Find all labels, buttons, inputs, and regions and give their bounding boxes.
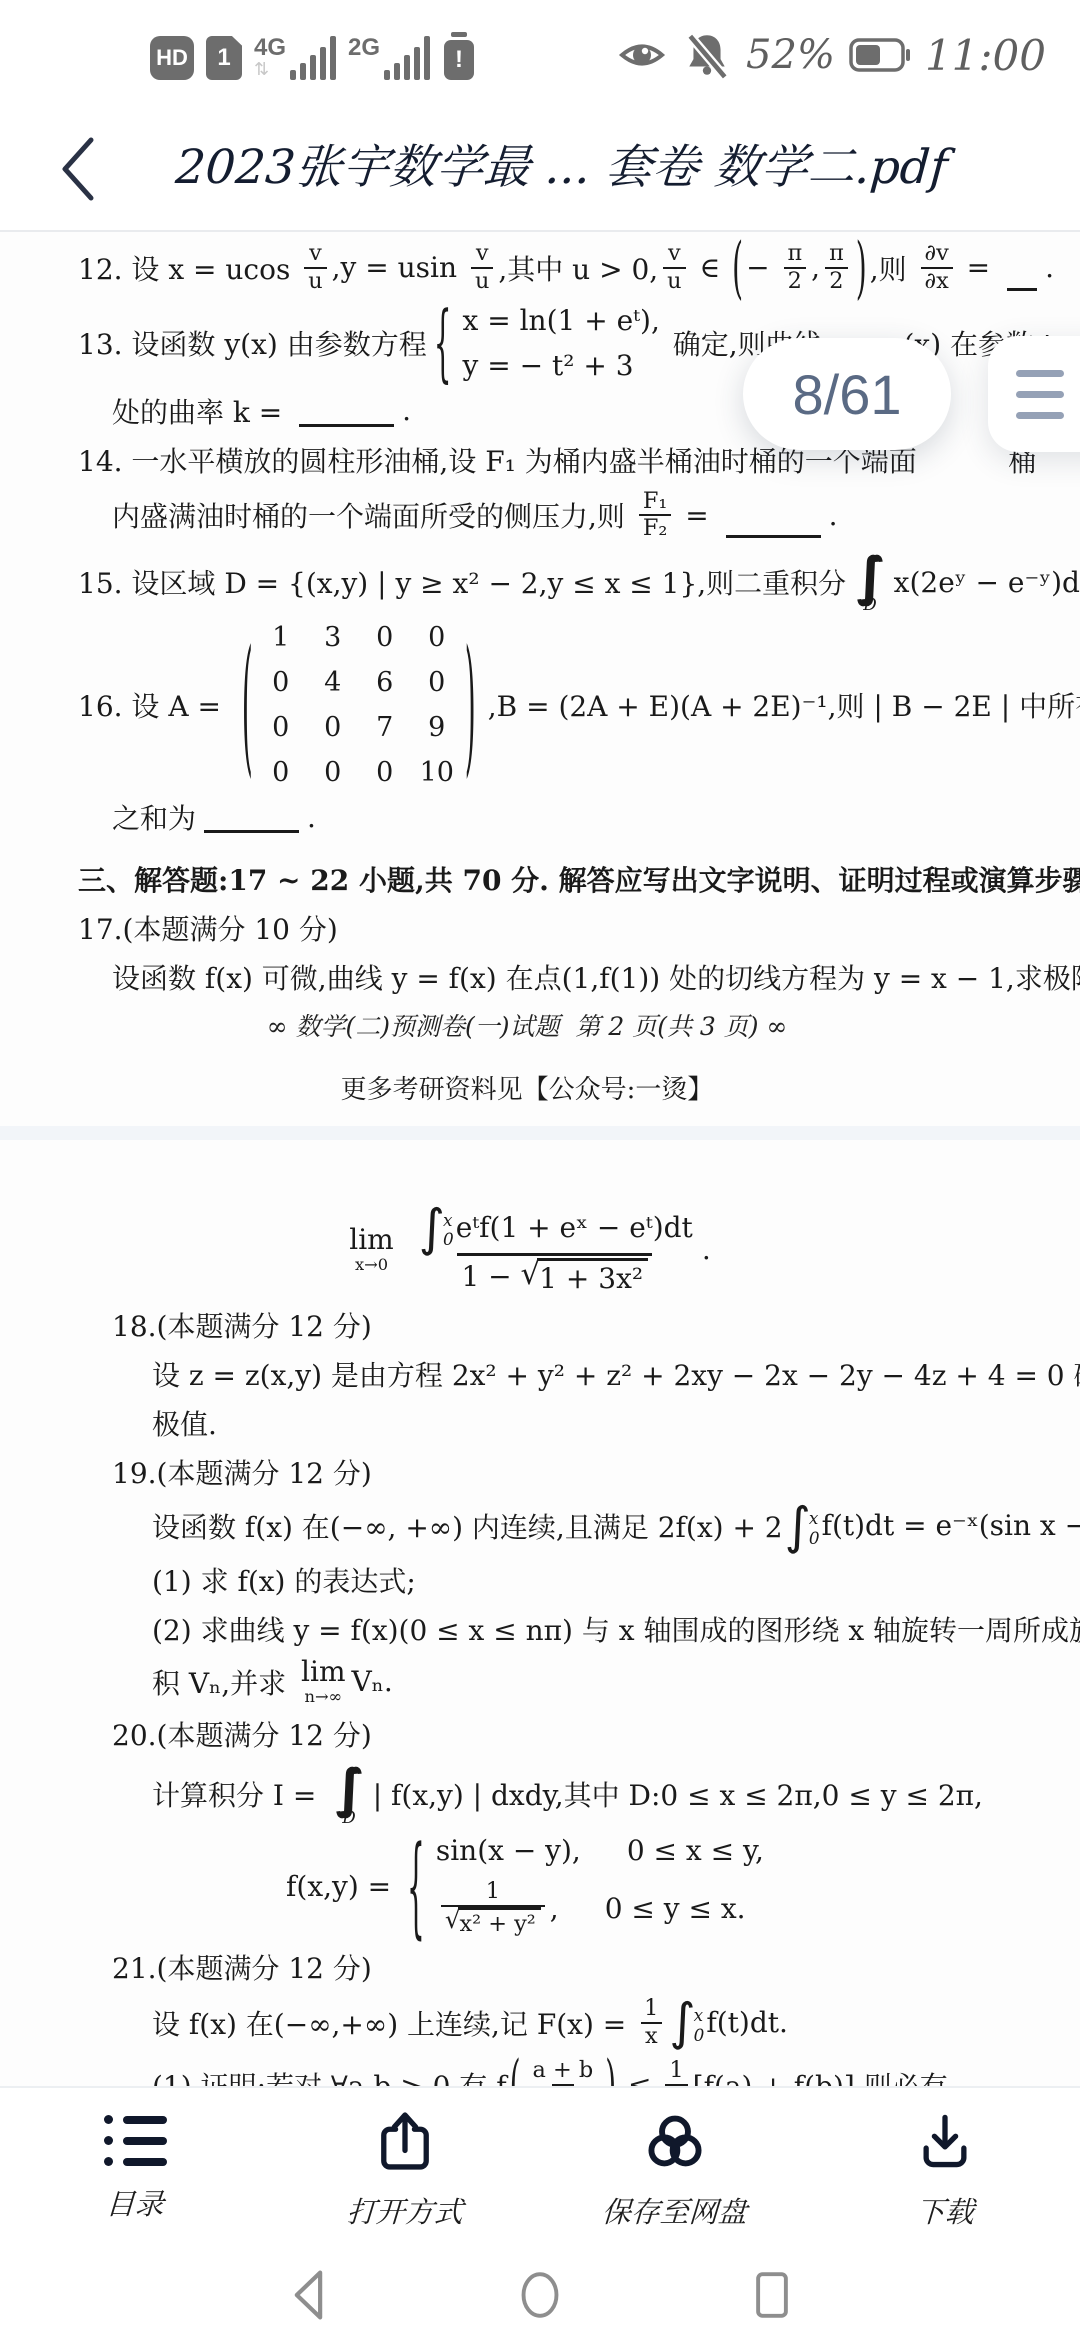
toc-list-icon — [104, 2115, 167, 2166]
doc-line: (2) 求曲线 y = f(x)(0 ≤ x ≤ nπ) 与 x 轴围成的图形绕… — [0, 1609, 1080, 1649]
download-icon — [912, 2108, 978, 2174]
nav-home-icon — [514, 2267, 566, 2323]
open-with-label: 打开方式 — [346, 2190, 464, 2231]
hd-voice-icon: HD — [150, 36, 194, 80]
notifications-muted-icon — [682, 30, 732, 80]
status-right-cluster: 52% 11:00 — [616, 30, 1046, 80]
data-activity-icon: ⇅ — [254, 59, 266, 80]
back-chevron-icon — [59, 136, 97, 202]
doc-line: 之和为. — [0, 797, 1080, 837]
download-label: 下载 — [915, 2190, 975, 2231]
doc-line: 设函数 f(x) 可微,曲线 y = f(x) 在点(1,f(1)) 处的切线方… — [0, 957, 1080, 997]
page-indicator-pill: 8/61 — [743, 338, 951, 450]
menu-line — [1016, 370, 1064, 377]
clock-label: 11:00 — [925, 31, 1046, 80]
save-to-cloud-icon — [642, 2108, 708, 2174]
sim1-icon: 1 — [206, 36, 242, 80]
doc-line: 16. 设 A = (13000460007900010),B = (2A + … — [0, 622, 1080, 788]
doc-line: (1) 证明:若对 ∀a,b > 0,有 f(a + b2) ≤ 12[f(a)… — [0, 2058, 1080, 2088]
system-navbar — [0, 2250, 1080, 2340]
doc-line: 14. 一水平横放的圆柱形油桶,设 F₁ 为桶内盛半桶油时桶的一个端面桶 — [0, 440, 1080, 480]
status-bar: HD 1 4G ⇅ 2G ! 52% — [0, 0, 1080, 112]
doc-line: 积 Vₙ,并求 limn→∞Vₙ. — [0, 1658, 1080, 1705]
nav-recents-icon — [746, 2267, 798, 2323]
doc-line: 18.(本题满分 12 分) — [0, 1305, 1080, 1345]
bottom-toolbar: 目录 打开方式 保存至网盘 下载 — [0, 2086, 1080, 2250]
thumbnail-menu-button[interactable] — [988, 336, 1080, 452]
sim-alert-icon: ! — [442, 32, 476, 80]
menu-line — [1016, 391, 1064, 398]
doc-line: 17.(本题满分 10 分) — [0, 908, 1080, 948]
doc-line: 更多考研资料见【公众号:一烫】 — [0, 1069, 1080, 1106]
doc-line: 12. 设 x = ucos vu,y = usin vu,其中 u > 0,v… — [0, 241, 1080, 295]
doc-line: 三、解答题:17 ~ 22 小题,共 70 分. 解答应写出文字说明、证明过程或… — [0, 859, 1080, 899]
doc-line: f(x,y) = {sin(x − y),0 ≤ x ≤ y,1√x² + y²… — [0, 1834, 1080, 1938]
title-bar: 2023张宇数学最 ... 套卷 数学二.pdf — [0, 112, 1080, 230]
signal-2g-icon: 2G — [348, 36, 430, 80]
page-separator — [0, 1126, 1080, 1140]
status-left-cluster: HD 1 4G ⇅ 2G ! — [150, 32, 476, 80]
signal-4g-icon: 4G ⇅ — [254, 36, 336, 80]
battery-icon — [849, 38, 911, 72]
doc-line: 设 z = z(x,y) 是由方程 2x² + y² + z² + 2xy − … — [0, 1354, 1080, 1394]
eye-comfort-icon — [616, 31, 668, 79]
back-button[interactable] — [52, 130, 104, 208]
nav-back-icon — [282, 2267, 334, 2323]
doc-line: 19.(本题满分 12 分) — [0, 1452, 1080, 1492]
doc-line: 20.(本题满分 12 分) — [0, 1714, 1080, 1754]
open-with-icon — [372, 2108, 438, 2174]
nav-back-button[interactable] — [278, 2265, 338, 2325]
doc-line: 设 f(x) 在(−∞,+∞) 上连续,记 F(x) = 1x∫x0f(t)dt… — [0, 1996, 1080, 2050]
toc-label: 目录 — [105, 2182, 165, 2223]
open-with-button[interactable]: 打开方式 — [270, 2088, 540, 2250]
save-to-cloud-label: 保存至网盘 — [601, 2190, 748, 2231]
nav-recents-button[interactable] — [742, 2265, 802, 2325]
menu-line — [1016, 412, 1064, 419]
download-button[interactable]: 下载 — [810, 2088, 1080, 2250]
doc-line: (1) 求 f(x) 的表达式; — [0, 1560, 1080, 1600]
document-title: 2023张宇数学最 ... 套卷 数学二.pdf — [174, 130, 950, 197]
doc-line: 15. 设区域 D = {(x,y) | y ≥ x² − 2,y ≤ x ≤ … — [0, 551, 1080, 613]
battery-percent-label: 52% — [746, 32, 835, 78]
doc-line: 21.(本题满分 12 分) — [0, 1947, 1080, 1987]
doc-line: limx→0∫x0eᵗf(1 + eˣ − eᵗ)dt1 − √1 + 3x². — [0, 1203, 1080, 1296]
doc-line: ∞ 数学(二)预测卷(一)试题 第 2 页(共 3 页) ∞ — [0, 1007, 1080, 1043]
save-to-cloud-button[interactable]: 保存至网盘 — [540, 2088, 810, 2250]
toc-button[interactable]: 目录 — [0, 2088, 270, 2250]
pdf-viewport[interactable]: 12. 设 x = ucos vu,y = usin vu,其中 u > 0,v… — [0, 230, 1080, 2088]
pdf-page-2: limx→0∫x0eᵗf(1 + eˣ − eᵗ)dt1 − √1 + 3x².… — [0, 1140, 1080, 2088]
doc-line: 计算积分 I = ∫∫D| f(x,y) | dxdy,其中 D:0 ≤ x ≤… — [0, 1763, 1080, 1825]
nav-home-button[interactable] — [510, 2265, 570, 2325]
doc-line: 极值. — [0, 1403, 1080, 1443]
doc-line: 内盛满油时桶的一个端面所受的侧压力,则 F₁F₂ = . — [0, 489, 1080, 543]
doc-line: 设函数 f(x) 在(−∞, +∞) 内连续,且满足 2f(x) + 2∫x0f… — [0, 1501, 1080, 1551]
